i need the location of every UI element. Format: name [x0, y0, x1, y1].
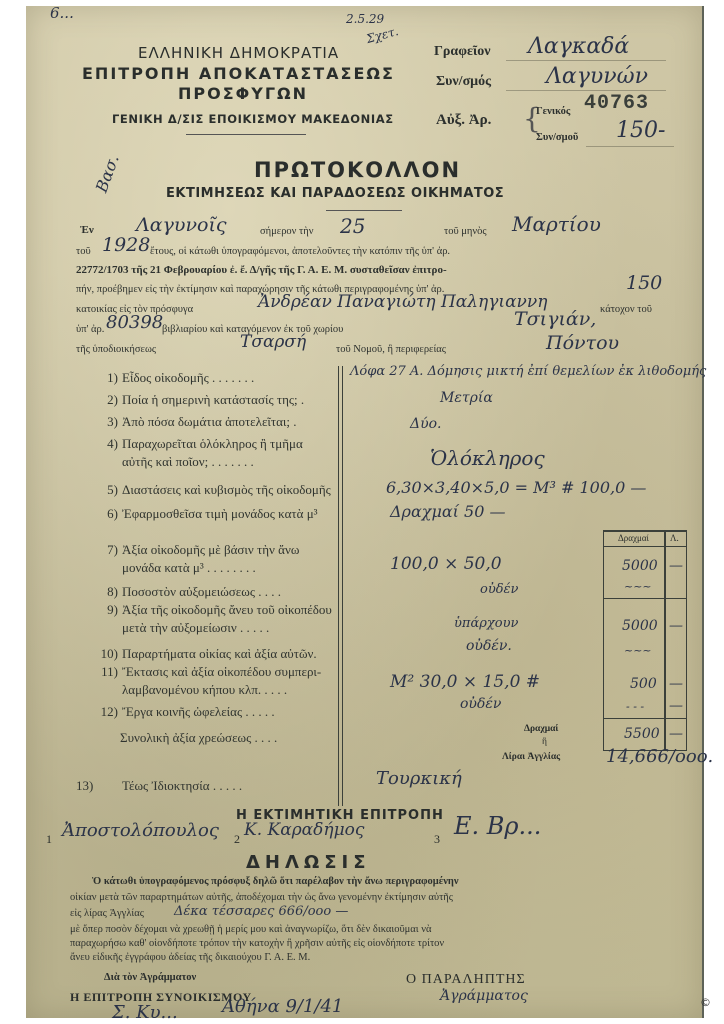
office-label: Γραφεῖον: [434, 44, 491, 60]
header-directorate: ΓΕΝΙΚΗ Δ/ΣΙΣ ΕΠΟΙΚΙΣΜΟΥ ΜΑΚΕΔΟΝΙΑΣ: [112, 112, 394, 126]
header-drachmas: Δραχμαί: [618, 533, 649, 543]
valuation-table: Δραχμαί Λ. 5000 — ~~~ 5000 — ~~~ 500 — -…: [603, 530, 687, 751]
signer-2-number: 2: [234, 832, 240, 847]
subdistrict: Τσαρσή: [240, 332, 306, 352]
settlement-committee-signature: Σ. Κυ...: [112, 1002, 178, 1023]
total-lepta: —: [669, 726, 683, 742]
signer-3-number: 3: [434, 832, 440, 847]
ownership-number: 13): [76, 778, 93, 794]
declaration-line-3: εἰς λίρας Ἀγγλίας: [70, 908, 144, 919]
declaration-title: ΔΗΛΩΣΙΣ: [246, 852, 371, 873]
preamble-line7b: τοῦ Νομοῦ, ἢ περιφερείας: [336, 344, 446, 355]
valuation-table-header: Δραχμαί Λ.: [604, 532, 686, 547]
settlement-number: 150-: [616, 118, 665, 143]
declaration-line-5: παραχωρήσω καθ' οἱονδήποτε τρόπον τὴν κα…: [70, 938, 444, 949]
answer-5: 6,30×3,40×5,0 = Μ³ # 100,0 —: [386, 478, 646, 497]
answer-3: Δύο.: [410, 416, 442, 432]
village: Τσιγιάν,: [514, 308, 596, 330]
settlement-label: Συν/σμός: [436, 74, 491, 90]
margin-note: Βασ.: [92, 152, 123, 195]
answer-9: ὑπάρχουν: [454, 616, 518, 631]
preamble-line6a: ὑπ' ἀρ.: [76, 324, 104, 335]
amount-8: ~~~: [624, 580, 652, 593]
signer-2-signature: Κ. Καραδήμος: [244, 820, 364, 840]
preamble-line7a: τῆς ὑποδιοικήσεως: [76, 344, 156, 355]
booklet-number: 80398: [106, 312, 163, 333]
lepta-12: —: [669, 698, 683, 714]
general-number: 40763: [584, 92, 649, 115]
settlement-value: Λαγυνών: [546, 64, 648, 89]
declaration-line-4: μὲ ὅπερ ποσὸν δέχομαι νὰ χρεωθῇ ἡ μερίς …: [70, 924, 432, 935]
preamble-day: 25: [340, 214, 365, 238]
general-number-label: Γενικός: [536, 106, 570, 117]
preamble-house-number: 150: [626, 272, 662, 294]
amount-9: 5000: [622, 618, 658, 634]
date-signature: Αθήνα 9/1/41: [222, 996, 343, 1017]
page-subtitle: ΕΚΤΙΜΗΣΕΩΣ ΚΑΙ ΠΑΡΑΔΟΣΕΩΣ ΟΙΚΗΜΑΤΟΣ: [166, 186, 504, 201]
preamble-tou: τοῦ: [76, 246, 91, 257]
answer-10: οὐδέν.: [466, 638, 512, 654]
answer-8: οὐδέν: [480, 582, 518, 597]
preamble-en: Ἐν: [80, 224, 94, 236]
amount-7: 5000: [622, 558, 658, 574]
column-divider-2: [342, 366, 343, 806]
answer-12: οὐδέν: [460, 696, 501, 712]
answer-2: Μετρία: [440, 390, 493, 406]
title-ornament: [326, 210, 402, 211]
amount-11: 500: [630, 676, 657, 692]
preamble-today: σήμερον τὴν: [260, 226, 314, 237]
column-divider: [338, 366, 339, 806]
preamble-month: Μαρτίου: [512, 212, 601, 236]
declaration-line-2: οἰκίαν μετὰ τῶν παραρτημάτων αὐτῆς, ἀποδ…: [70, 892, 453, 903]
total-drachmas: 5500: [624, 726, 660, 742]
preamble-year: 1928: [102, 234, 150, 256]
answer-11: Μ² 30,0 × 15,0 #: [390, 672, 540, 692]
illiterate-label: Διὰ τὸν Ἀγράμματον: [104, 972, 196, 983]
header-lepta: Λ.: [670, 533, 679, 543]
recipient-signature: Ἀγράμματος: [440, 988, 528, 1004]
currency-or: ἢ: [542, 737, 547, 747]
date-note: 2.5.29: [346, 12, 384, 26]
currency-drachmas-label: Δραχμαί: [524, 724, 558, 734]
page-title: ΠΡΩΤΟΚΟΛΛΟΝ: [254, 158, 461, 182]
header-refugees: ΠΡΟΣΦΥΓΩΝ: [178, 84, 308, 103]
ownership-label: Τέως Ἰδιοκτησία . . . . .: [122, 778, 242, 794]
region: Πόντου: [546, 332, 619, 354]
copyright-icon: ©: [700, 996, 711, 1009]
answer-7: 100,0 × 50,0: [390, 554, 502, 574]
declaration-amount: Δέκα τέσσαρες 666/οοο —: [174, 904, 348, 919]
preamble-line2: ἔτους, οἱ κάτωθι ὑπογραφόμενοι, ἀποτελοῦ…: [150, 246, 450, 257]
lepta-11: —: [669, 676, 683, 692]
lepta-9: —: [669, 618, 683, 634]
refugee-name: Ἀνδρέαν Παναγιώτη Παληγιαννη: [258, 292, 547, 312]
ownership-value: Τουρκική: [376, 768, 462, 789]
preamble-place: Λαγυνοῖς: [136, 214, 227, 236]
serial-label: Αὐξ. Ἀρ.: [436, 112, 491, 129]
answer-1: Λόφα 27 Α. Δόμησις μικτή ἐπί θεμελίων ἐκ…: [350, 364, 706, 379]
document-page: 6... 2.5.29 Σχετ. ΕΛΛΗΝΙΚΗ ΔΗΜΟΚΡΑΤΙΑ ΕΠ…: [26, 6, 704, 1018]
total-label: Συνολικὴ ἀξία χρεώσεως . . . .: [120, 730, 277, 746]
corner-note: 6...: [50, 4, 74, 22]
amount-12: - - -: [626, 700, 644, 713]
amount-10: ~~~: [624, 644, 652, 657]
currency-pounds-label: Λίραι Ἀγγλίας: [502, 752, 560, 762]
office-value: Λαγκαδά: [528, 34, 629, 59]
lepta-7: —: [669, 558, 683, 574]
signer-1-number: 1: [46, 832, 52, 847]
date-note-signature: Σχετ.: [365, 24, 400, 46]
preamble-line3: 22772/1703 τῆς 21 Φεβρουαρίου ἐ. ἔ. Δ/γῆ…: [76, 264, 447, 276]
signer-3-signature: Ε. Βρ...: [454, 812, 541, 840]
answer-4: Ὁλόκληρος: [430, 446, 545, 470]
declaration-line-6: ἄνευ εἰδικῆς ἐγγράφου ἀδείας τῆς δικαιού…: [70, 952, 310, 963]
signer-1-signature: Ἀποστολόπουλος: [62, 820, 219, 841]
preamble-holder: κάτοχον τοῦ: [600, 304, 652, 315]
header-committee: ΕΠΙΤΡΟΠΗ ΑΠΟΚΑΤΑΣΤΑΣΕΩΣ: [82, 64, 395, 83]
declaration-line-1: Ὁ κάτωθι ὑπογραφόμενος πρόσφυξ δηλῶ ὅτι …: [92, 876, 459, 887]
header-republic: ΕΛΛΗΝΙΚΗ ΔΗΜΟΚΡΑΤΙΑ: [138, 44, 339, 62]
total-pounds: 14,666/οοο.: [606, 746, 713, 767]
header-ornament: [186, 134, 306, 135]
preamble-month-label: τοῦ μηνὸς: [444, 226, 487, 237]
answer-6: Δραχμαί 50 —: [390, 502, 505, 521]
settlement-number-label: Συν/σμοῦ: [536, 132, 578, 143]
recipient-label: Ο ΠΑΡΑΛΗΠΤΗΣ: [406, 972, 526, 988]
